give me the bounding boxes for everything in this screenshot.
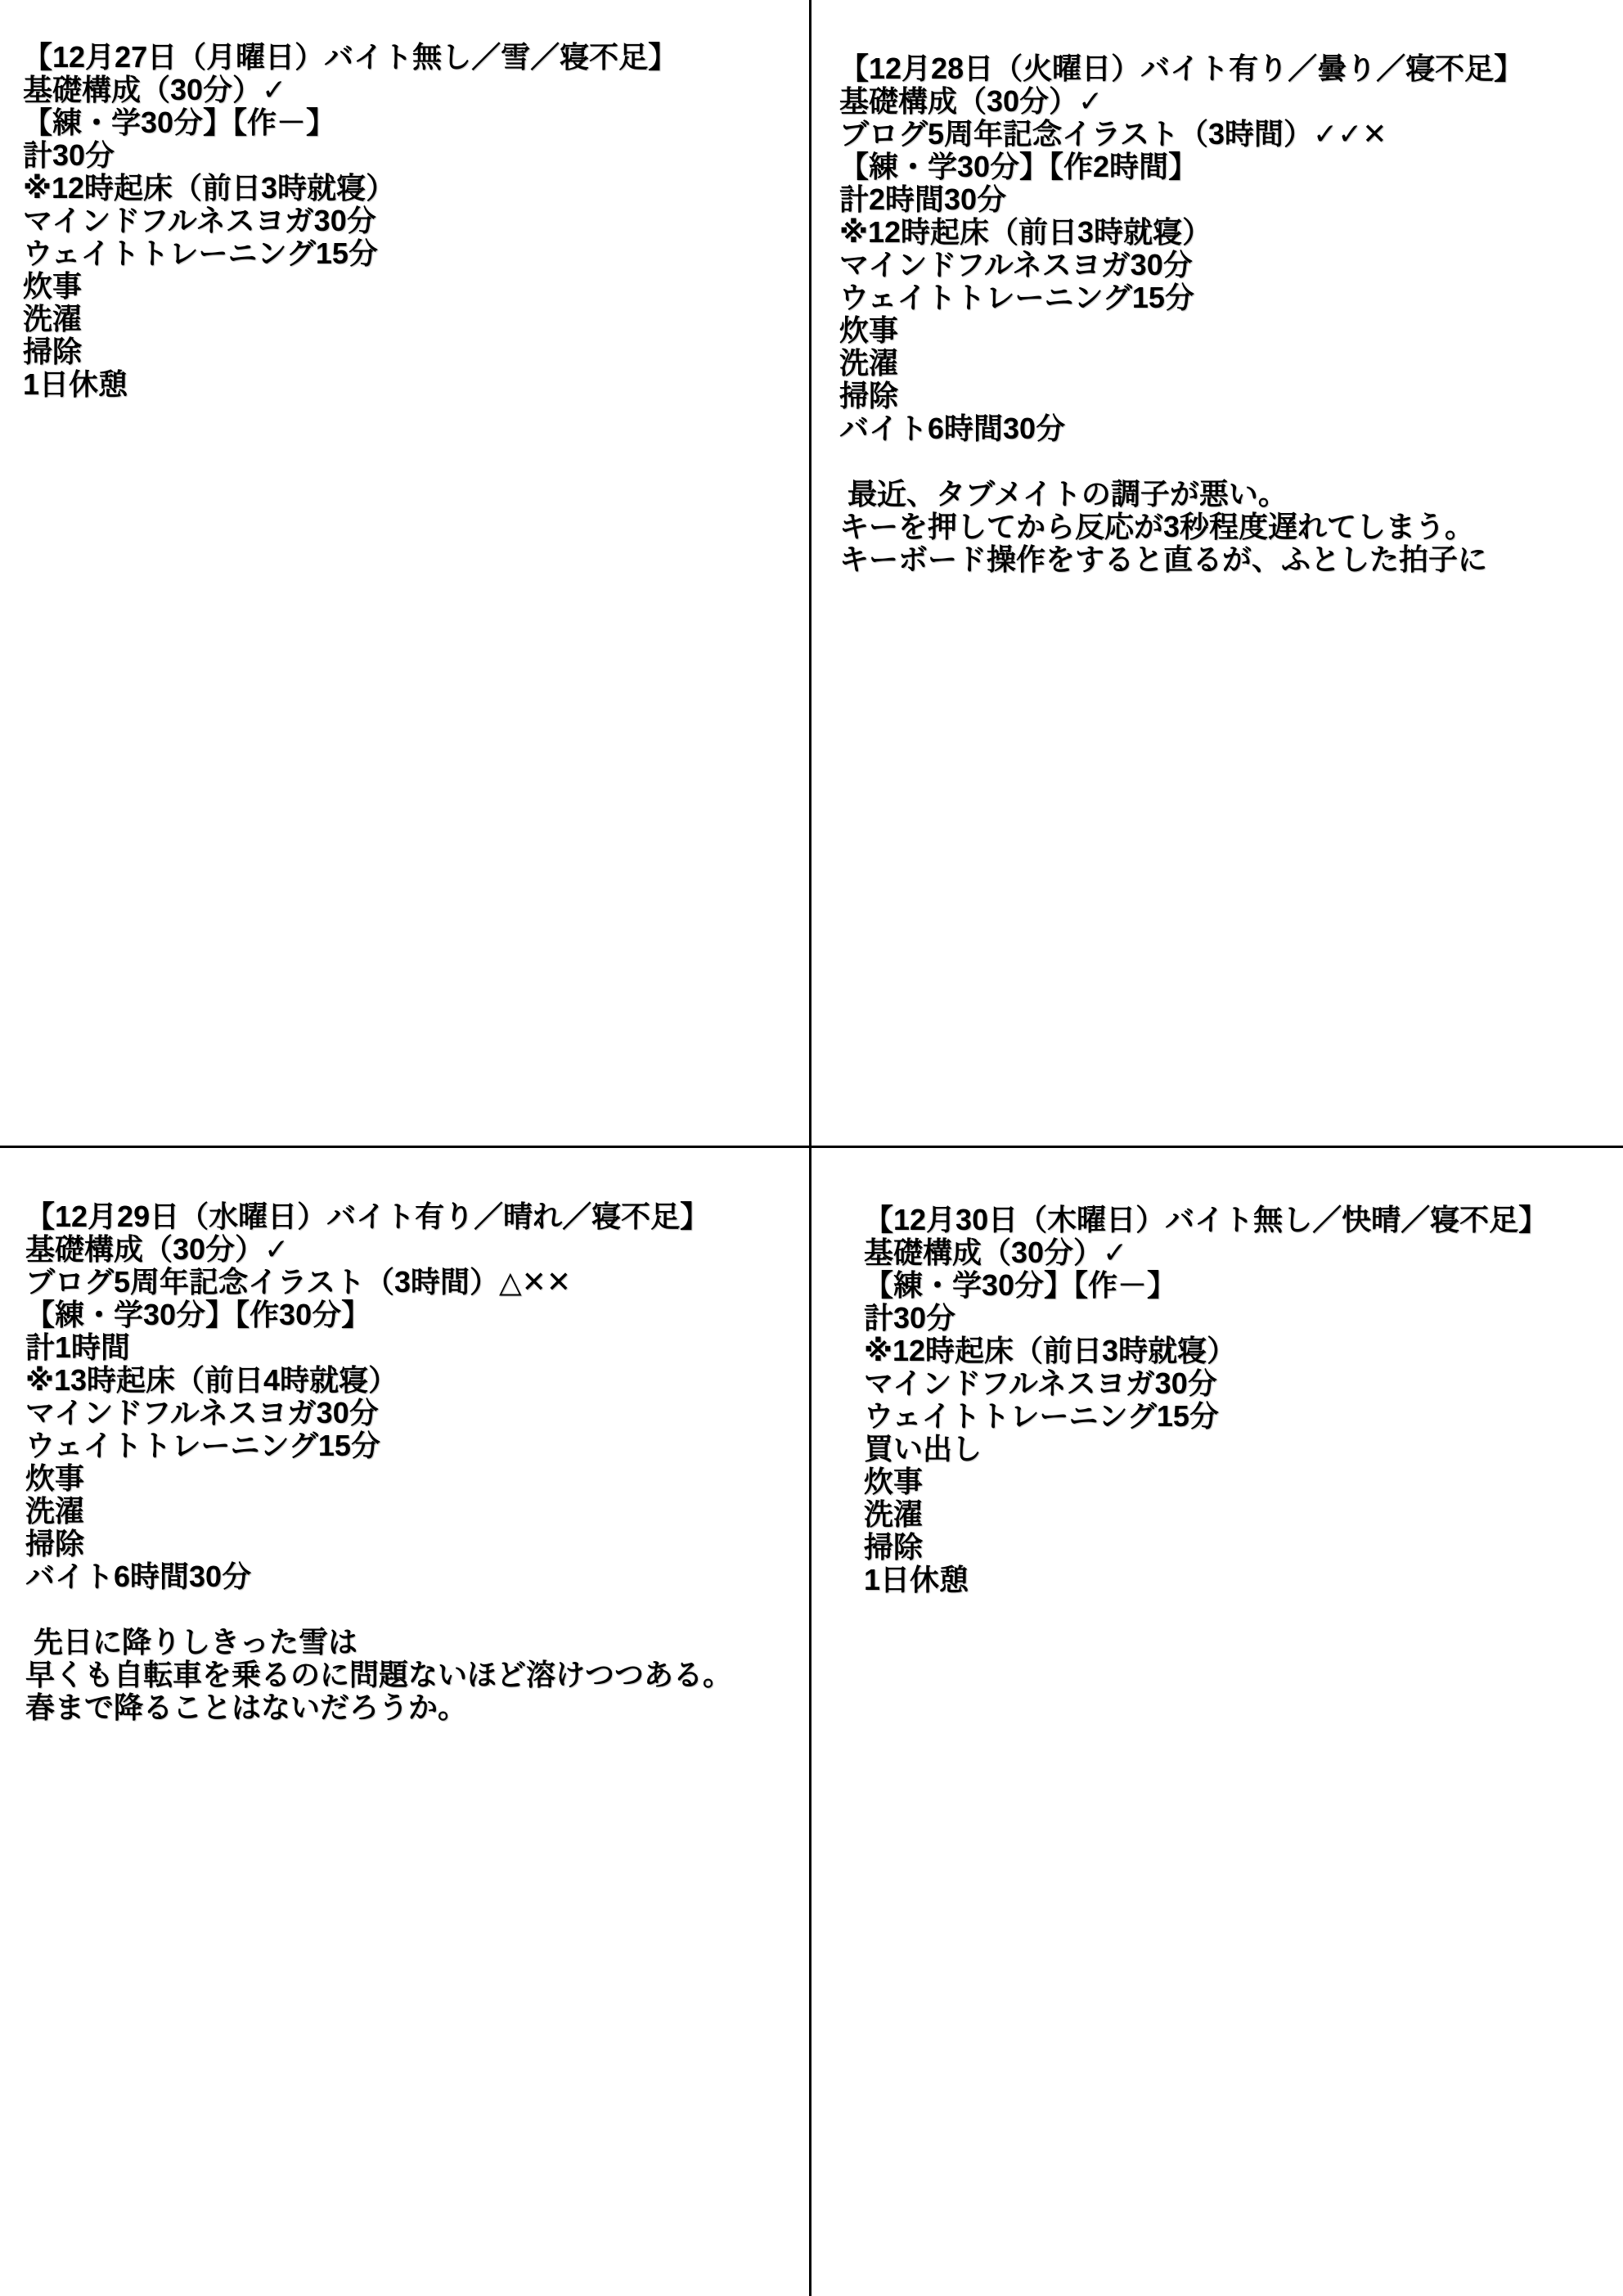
diary-line: 基礎構成（30分）✓: [23, 74, 677, 106]
diary-line: ウェイトトレーニング15分: [864, 1400, 1548, 1433]
diary-line: 掃除: [864, 1531, 1548, 1564]
diary-line: [839, 445, 1523, 478]
diary-line: 炊事: [839, 314, 1523, 347]
diary-line: 計2時間30分: [839, 183, 1523, 216]
diary-entry-dec28: 【12月28日（火曜日）バイト有り／曇り／寝不足】基礎構成（30分）✓ブログ5周…: [839, 52, 1523, 576]
diary-line: 1日休憩: [23, 368, 677, 401]
diary-line: ※13時起床（前日4時就寝）: [25, 1364, 732, 1397]
diary-line: 掃除: [839, 380, 1523, 412]
diary-line: キーボード操作をすると直るが、ふとした拍子に: [839, 543, 1523, 576]
diary-line: キーを押してから反応が3秒程度遅れてしまう。: [839, 511, 1523, 543]
diary-line: 掃除: [23, 335, 677, 368]
diary-line: 早くも自転車を乗るのに問題ないほど溶けつつある。: [25, 1659, 732, 1691]
diary-line: バイト6時間30分: [839, 412, 1523, 445]
diary-line: 【12月30日（木曜日）バイト無し／快晴／寝不足】: [864, 1204, 1548, 1236]
diary-line: 1日休憩: [864, 1564, 1548, 1596]
diary-line: 洗濯: [864, 1498, 1548, 1531]
horizontal-divider: [0, 1146, 1623, 1148]
diary-line: 計30分: [864, 1302, 1548, 1335]
diary-line: バイト6時間30分: [25, 1560, 732, 1593]
diary-line: 先日に降りしきった雪は: [25, 1626, 732, 1659]
diary-line: マインドフルネスヨガ30分: [23, 205, 677, 237]
diary-line: 炊事: [864, 1465, 1548, 1498]
diary-line: 炊事: [25, 1462, 732, 1495]
vertical-divider: [809, 0, 811, 2296]
diary-line: 基礎構成（30分）✓: [25, 1233, 732, 1266]
diary-page: 【12月27日（月曜日）バイト無し／雪／寝不足】基礎構成（30分）✓【練・学30…: [0, 0, 1623, 2296]
diary-line: 【12月28日（火曜日）バイト有り／曇り／寝不足】: [839, 52, 1523, 85]
diary-line: マインドフルネスヨガ30分: [864, 1367, 1548, 1400]
diary-line: 基礎構成（30分）✓: [839, 85, 1523, 118]
diary-line: 洗濯: [839, 347, 1523, 380]
diary-entry-dec30: 【12月30日（木曜日）バイト無し／快晴／寝不足】基礎構成（30分）✓【練・学3…: [864, 1204, 1548, 1596]
diary-line: 基礎構成（30分）✓: [864, 1236, 1548, 1269]
diary-line: 炊事: [23, 270, 677, 303]
diary-line: 【練・学30分】【作－】: [864, 1269, 1548, 1302]
diary-line: マインドフルネスヨガ30分: [839, 249, 1523, 281]
diary-line: 春まで降ることはないだろうか。: [25, 1691, 732, 1724]
diary-line: ウェイトトレーニング15分: [25, 1429, 732, 1462]
diary-line: ※12時起床（前日3時就寝）: [864, 1335, 1548, 1367]
diary-line: 洗濯: [25, 1495, 732, 1528]
diary-entry-dec29: 【12月29日（水曜日）バイト有り／晴れ／寝不足】基礎構成（30分）✓ブログ5周…: [25, 1200, 732, 1724]
diary-line: ウェイトトレーニング15分: [839, 281, 1523, 314]
diary-line: 買い出し: [864, 1433, 1548, 1465]
diary-line: ※12時起床（前日3時就寝）: [23, 172, 677, 205]
diary-line: 計1時間: [25, 1331, 732, 1364]
diary-line: 掃除: [25, 1528, 732, 1560]
diary-line: ブログ5周年記念イラスト（3時間）✓✓✕: [839, 118, 1523, 151]
diary-line: ブログ5周年記念イラスト（3時間）△✕✕: [25, 1266, 732, 1299]
diary-entry-dec27: 【12月27日（月曜日）バイト無し／雪／寝不足】基礎構成（30分）✓【練・学30…: [23, 41, 677, 401]
diary-line: 最近、タブメイトの調子が悪い。: [839, 478, 1523, 511]
diary-line: 【12月29日（水曜日）バイト有り／晴れ／寝不足】: [25, 1200, 732, 1233]
diary-line: 【練・学30分】【作30分】: [25, 1299, 732, 1331]
diary-line: [25, 1593, 732, 1626]
diary-line: ウェイトトレーニング15分: [23, 237, 677, 270]
diary-line: 【12月27日（月曜日）バイト無し／雪／寝不足】: [23, 41, 677, 74]
diary-line: 洗濯: [23, 303, 677, 335]
diary-line: ※12時起床（前日3時就寝）: [839, 216, 1523, 249]
diary-line: 【練・学30分】【作－】: [23, 106, 677, 139]
diary-line: 計30分: [23, 139, 677, 172]
diary-line: 【練・学30分】【作2時間】: [839, 151, 1523, 183]
diary-line: マインドフルネスヨガ30分: [25, 1397, 732, 1429]
